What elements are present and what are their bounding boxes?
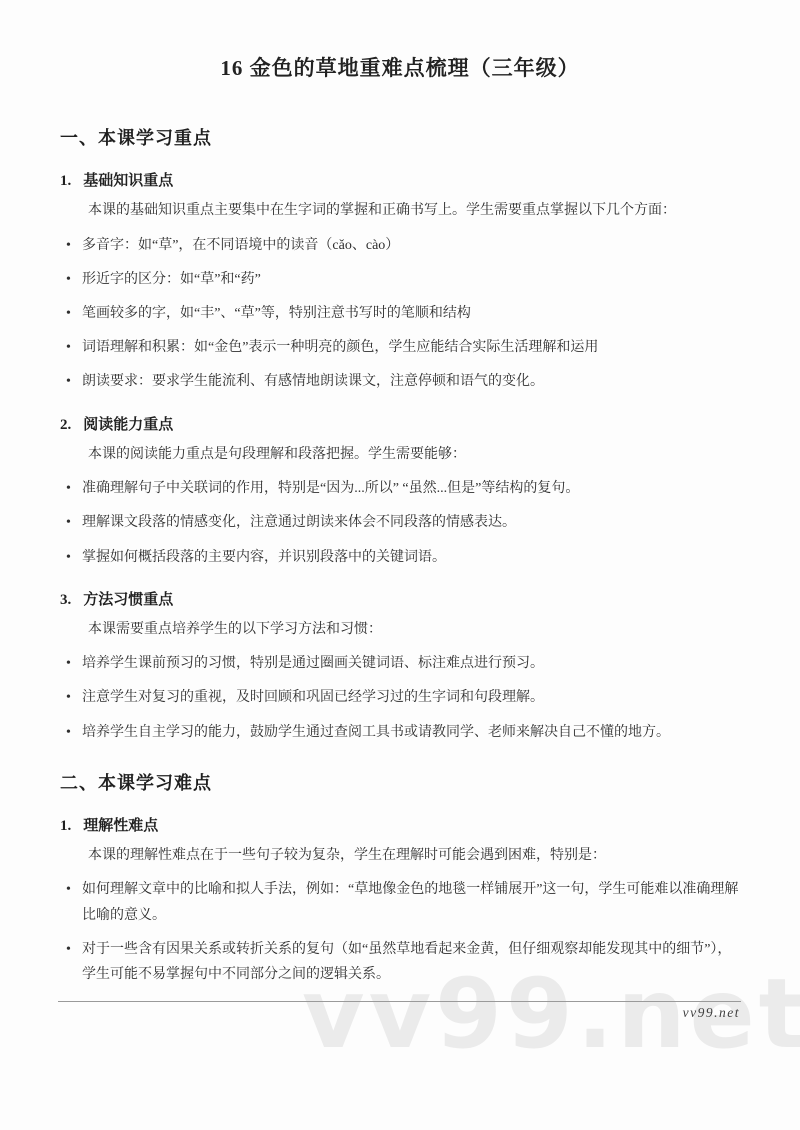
list-item: 培养学生课前预习的习惯，特别是通过圈画关键词语、标注难点进行预习。 [66,651,740,676]
list-item-text: 对于一些含有因果关系或转折关系的复句（如“虽然草地看起来金黄，但仔细观察却能发现… [82,942,731,982]
list-item-text: 理解课文段落的情感变化，注意通过朗读来体会不同段落的情感表达。 [82,515,516,530]
list-item: 注意学生对复习的重视，及时回顾和巩固已经学习过的生字词和句段理解。 [66,685,740,710]
subsection-title: 基础知识重点 [83,173,173,189]
bullet-icon [66,369,71,394]
document-page: vv99.net 16 金色的草地重难点梳理（三年级） 一、本课学习重点 1.基… [0,0,800,1130]
document-content: 16 金色的草地重难点梳理（三年级） 一、本课学习重点 1.基础知识重点 本课的… [60,52,740,1021]
list-item-text: 掌握如何概括段落的主要内容，并识别段落中的关键词语。 [82,550,446,565]
bullet-icon [66,233,71,258]
bullet-icon [66,651,71,676]
bullet-list: 如何理解文章中的比喻和拟人手法，例如：“草地像金色的地毯一样铺展开”这一句，学生… [60,877,740,987]
list-item-text: 笔画较多的字，如“丰”、“草”等，特别注意书写时的笔顺和结构 [82,306,471,321]
list-item-text: 培养学生自主学习的能力，鼓励学生通过查阅工具书或请教同学、老师来解决自己不懂的地… [82,725,670,740]
footer-divider [58,1001,741,1002]
subsection-number: 1. [60,173,71,190]
subsection-number: 1. [60,818,71,835]
list-item: 朗读要求：要求学生能流利、有感情地朗读课文，注意停顿和语气的变化。 [66,369,740,394]
list-item-text: 形近字的区分：如“草”和“药” [82,272,261,287]
list-item-text: 如何理解文章中的比喻和拟人手法，例如：“草地像金色的地毯一样铺展开”这一句，学生… [82,882,738,922]
list-item: 如何理解文章中的比喻和拟人手法，例如：“草地像金色的地毯一样铺展开”这一句，学生… [66,877,740,927]
footer-site-label: vv99.net [60,1005,740,1021]
bullet-icon [66,720,71,745]
subsection-number: 3. [60,592,71,609]
bullet-list: 准确理解句子中关联词的作用，特别是“因为...所以” “虽然...但是”等结构的… [60,476,740,570]
list-item: 培养学生自主学习的能力，鼓励学生通过查阅工具书或请教同学、老师来解决自己不懂的地… [66,720,740,745]
list-item: 准确理解句子中关联词的作用，特别是“因为...所以” “虽然...但是”等结构的… [66,476,740,501]
subsection-number: 2. [60,417,71,434]
intro-paragraph: 本课的基础知识重点主要集中在生字词的掌握和正确书写上。学生需要重点掌握以下几个方… [60,198,740,225]
list-item-text: 培养学生课前预习的习惯，特别是通过圈画关键词语、标注难点进行预习。 [82,656,544,671]
bullet-icon [66,335,71,360]
list-item-text: 词语理解和积累：如“金色”表示一种明亮的颜色，学生应能结合实际生活理解和运用 [82,340,598,355]
list-item: 多音字：如“草”，在不同语境中的读音（cǎo、cào） [66,233,740,258]
bullet-icon [66,685,71,710]
subsection-heading-1-3: 3.方法习惯重点 [60,588,740,609]
bullet-list: 培养学生课前预习的习惯，特别是通过圈画关键词语、标注难点进行预习。 注意学生对复… [60,651,740,745]
bullet-icon [66,267,71,292]
list-item: 形近字的区分：如“草”和“药” [66,267,740,292]
list-item-text: 朗读要求：要求学生能流利、有感情地朗读课文，注意停顿和语气的变化。 [82,374,544,389]
subsection-title: 阅读能力重点 [83,417,173,433]
section-heading-1: 一、本课学习重点 [60,124,740,150]
list-item: 掌握如何概括段落的主要内容，并识别段落中的关键词语。 [66,545,740,570]
list-item-text: 注意学生对复习的重视，及时回顾和巩固已经学习过的生字词和句段理解。 [82,690,544,705]
intro-paragraph: 本课的理解性难点在于一些句子较为复杂，学生在理解时可能会遇到困难，特别是： [60,843,740,870]
bullet-icon [66,510,71,535]
intro-paragraph: 本课的阅读能力重点是句段理解和段落把握。学生需要能够： [60,442,740,469]
subsection-title: 理解性难点 [83,818,158,834]
list-item: 词语理解和积累：如“金色”表示一种明亮的颜色，学生应能结合实际生活理解和运用 [66,335,740,360]
list-item: 笔画较多的字，如“丰”、“草”等，特别注意书写时的笔顺和结构 [66,301,740,326]
list-item-text: 多音字：如“草”，在不同语境中的读音（cǎo、cào） [82,238,399,253]
list-item: 理解课文段落的情感变化，注意通过朗读来体会不同段落的情感表达。 [66,510,740,535]
bullet-icon [66,937,71,962]
bullet-list: 多音字：如“草”，在不同语境中的读音（cǎo、cào） 形近字的区分：如“草”和… [60,233,740,395]
subsection-heading-1-2: 2.阅读能力重点 [60,413,740,434]
section-heading-2: 二、本课学习难点 [60,769,740,795]
subsection-heading-1-1: 1.基础知识重点 [60,169,740,190]
list-item-text: 准确理解句子中关联词的作用，特别是“因为...所以” “虽然...但是”等结构的… [82,481,579,496]
bullet-icon [66,877,71,902]
subsection-heading-2-1: 1.理解性难点 [60,814,740,835]
bullet-icon [66,476,71,501]
subsection-title: 方法习惯重点 [83,592,173,608]
list-item: 对于一些含有因果关系或转折关系的复句（如“虽然草地看起来金黄，但仔细观察却能发现… [66,937,740,987]
bullet-icon [66,301,71,326]
intro-paragraph: 本课需要重点培养学生的以下学习方法和习惯： [60,617,740,644]
page-title: 16 金色的草地重难点梳理（三年级） [60,52,740,82]
bullet-icon [66,545,71,570]
